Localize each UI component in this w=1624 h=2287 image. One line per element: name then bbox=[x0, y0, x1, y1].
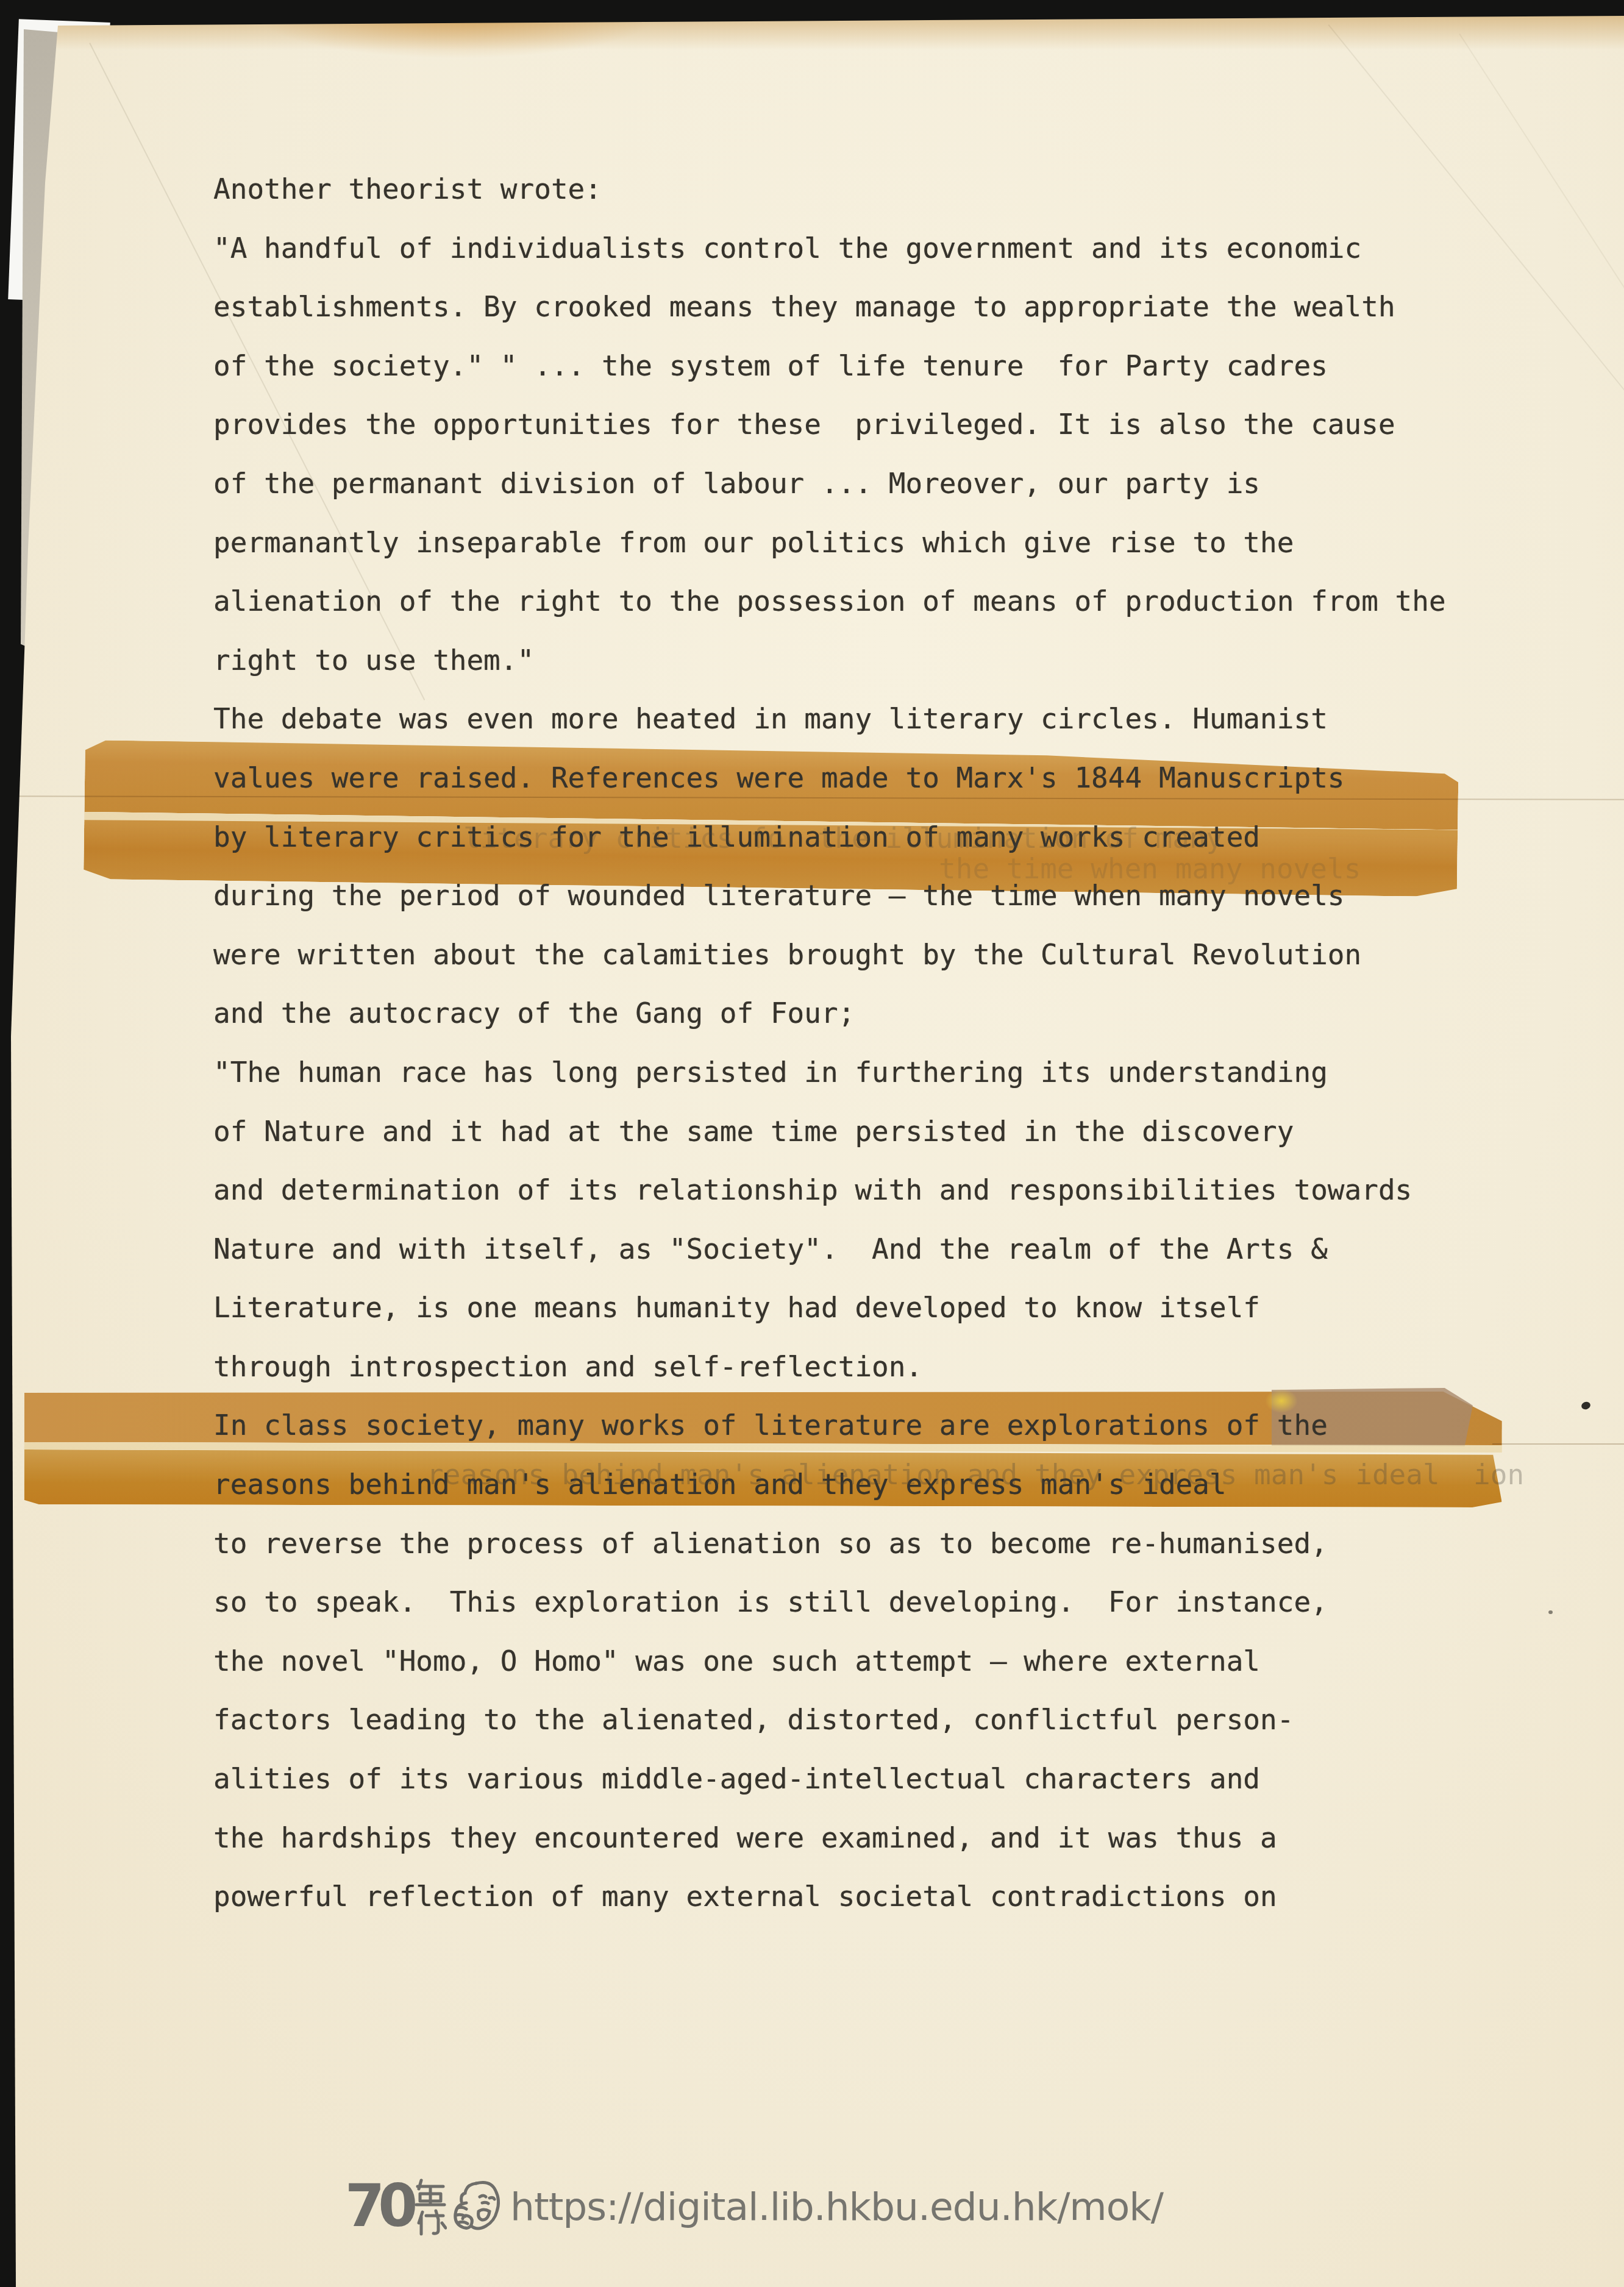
text-line: alienation of the right to the possessio… bbox=[213, 572, 1542, 631]
text-line: so to speak. This exploration is still d… bbox=[213, 1573, 1542, 1632]
text-line: the hardships they encountered were exam… bbox=[213, 1809, 1542, 1868]
ink-speck bbox=[1548, 1610, 1553, 1614]
text-line: permanantly inseparable from our politic… bbox=[213, 513, 1542, 572]
text-line: "The human race has long persisted in fu… bbox=[213, 1043, 1542, 1102]
document-page: Another theorist wrote:"A handful of ind… bbox=[0, 0, 1624, 2287]
text-line: and determination of its relationship wi… bbox=[213, 1161, 1542, 1220]
text-line: establishments. By crooked means they ma… bbox=[213, 277, 1542, 336]
ghost-text-line: reasons behind man's alienation and they… bbox=[427, 1460, 1524, 1489]
text-line: alities of its various middle-aged-intel… bbox=[213, 1749, 1542, 1809]
text-line: provides the opportunities for these pri… bbox=[213, 395, 1542, 454]
text-line: of Nature and it had at the same time pe… bbox=[213, 1102, 1542, 1161]
text-line: were written about the calamities brough… bbox=[213, 925, 1542, 984]
text-line: right to use them." bbox=[213, 631, 1542, 690]
ghost-text-line: the time when many novels bbox=[939, 855, 1361, 883]
text-line: Nature and with itself, as "Society". An… bbox=[213, 1220, 1542, 1279]
text-line: of the society." " ... the system of lif… bbox=[213, 336, 1542, 396]
niandai-glyphs-icon bbox=[413, 2177, 447, 2236]
typewritten-text: Another theorist wrote:"A handful of ind… bbox=[213, 160, 1542, 1926]
text-line: Another theorist wrote: bbox=[213, 160, 1542, 219]
text-line: and the autocracy of the Gang of Four; bbox=[213, 984, 1542, 1043]
page-top-stain bbox=[256, 16, 658, 59]
screaming-face-icon bbox=[448, 2176, 504, 2237]
text-line: In class society, many works of literatu… bbox=[213, 1396, 1542, 1455]
ghost-text-line: literary critics for the illumination of… bbox=[463, 824, 1223, 852]
text-line: powerful reflection of many external soc… bbox=[213, 1867, 1542, 1926]
ink-speck bbox=[1580, 1401, 1591, 1410]
text-line: factors leading to the alienated, distor… bbox=[213, 1690, 1542, 1749]
text-line: values were raised. References were made… bbox=[213, 749, 1542, 808]
text-line: The debate was even more heated in many … bbox=[213, 689, 1542, 749]
text-line: to reverse the process of alienation so … bbox=[213, 1514, 1542, 1573]
page-top-edge-tint bbox=[0, 15, 1624, 50]
logo-70: 70 bbox=[345, 2177, 411, 2236]
watermark-url: https://digital.lib.hkbu.edu.hk/mok/ bbox=[510, 2185, 1163, 2229]
scanner-background: Another theorist wrote:"A handful of ind… bbox=[0, 0, 1624, 2287]
text-line: through introspection and self-reflectio… bbox=[213, 1337, 1542, 1396]
text-line: of the permanant division of labour ... … bbox=[213, 454, 1542, 513]
watermark: 70 https://digital.lib.hkbu.edu.hk/mok/ bbox=[345, 2170, 1163, 2243]
text-line: the novel "Homo, O Homo" was one such at… bbox=[213, 1632, 1542, 1691]
text-line: Literature, is one means humanity had de… bbox=[213, 1278, 1542, 1337]
text-line: "A handful of individualists control the… bbox=[213, 219, 1542, 278]
